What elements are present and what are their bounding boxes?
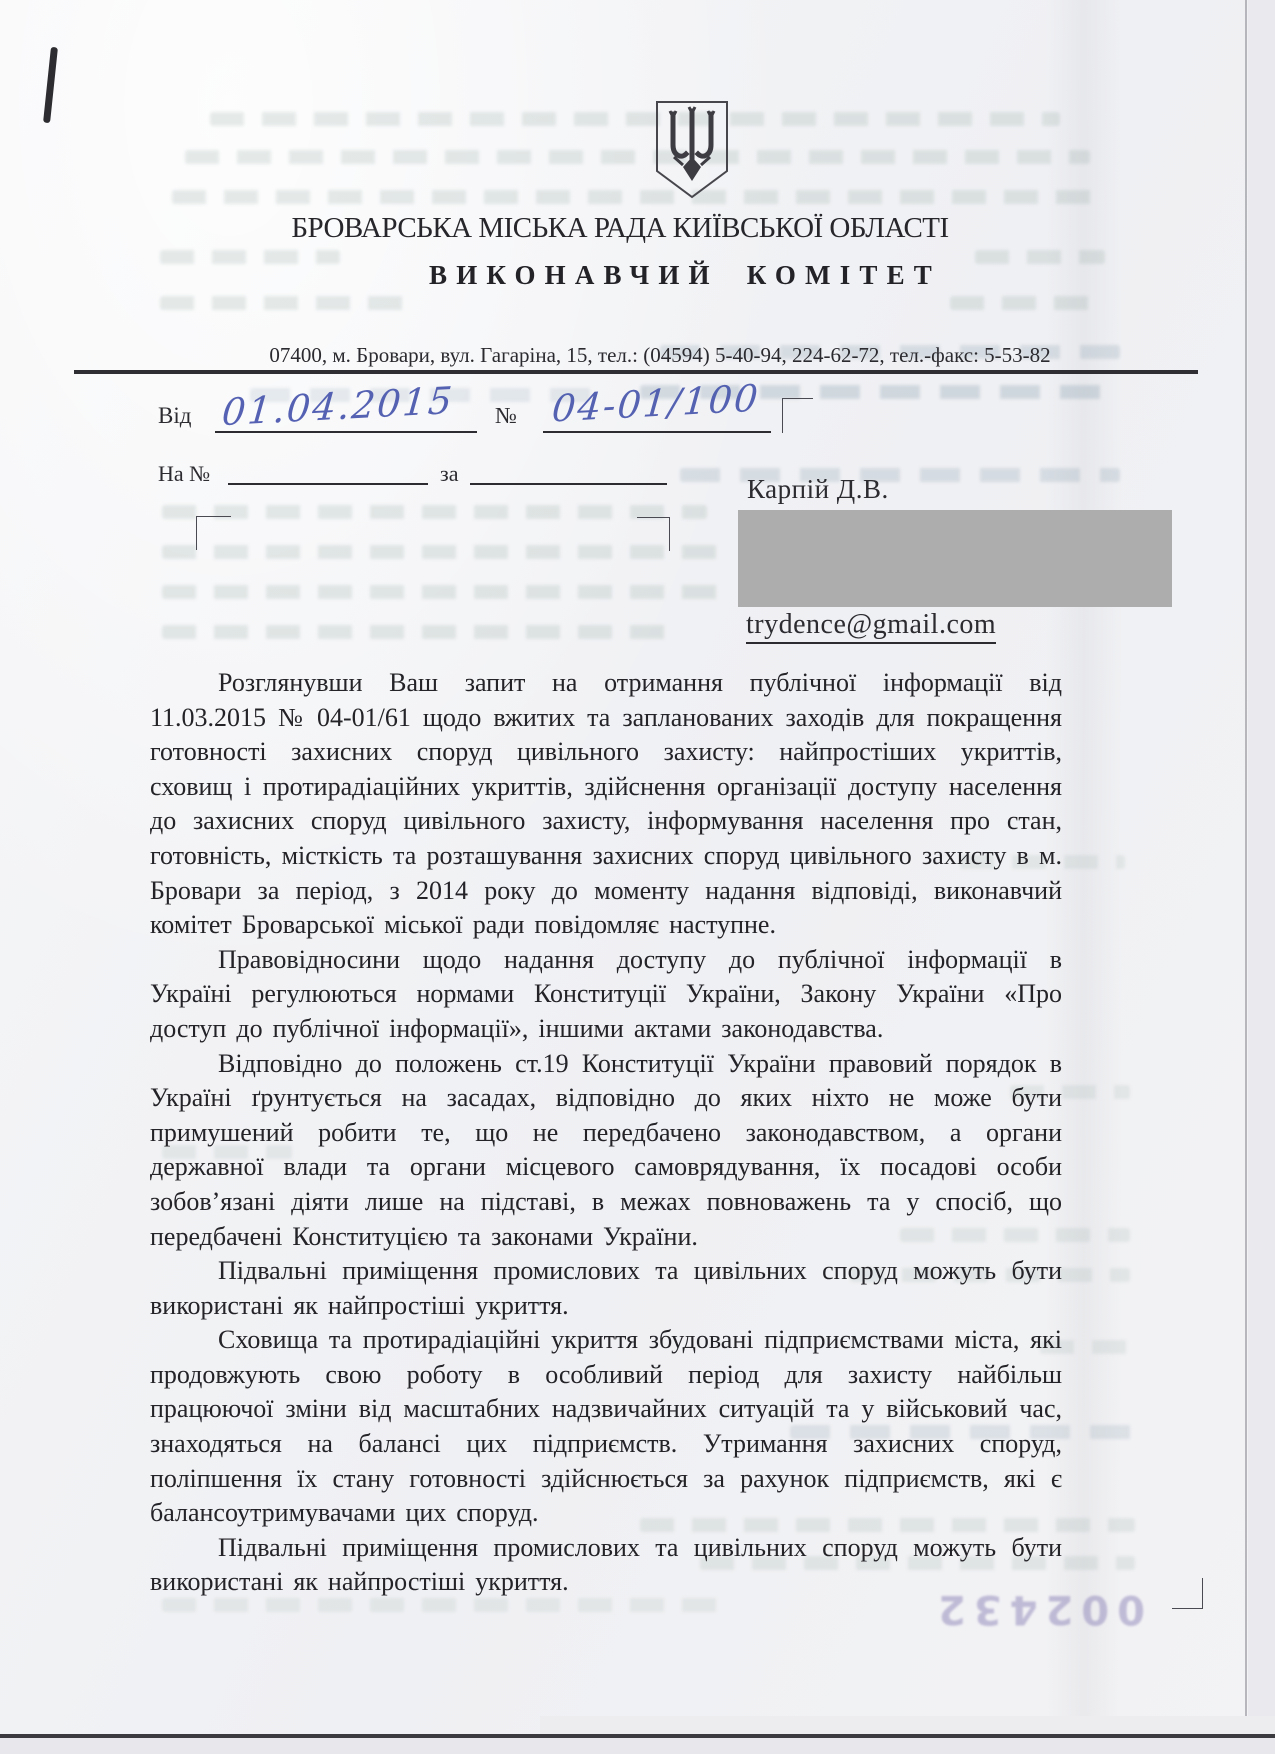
corner-mark-left bbox=[196, 516, 231, 550]
number-label: № bbox=[495, 403, 517, 429]
body-paragraph: Сховища та протирадіаційні укриття збудо… bbox=[150, 1323, 1062, 1531]
page-bottom-strip bbox=[0, 1738, 1275, 1754]
page-edge-line bbox=[1245, 0, 1247, 1716]
corner-mark-bottom bbox=[1172, 1578, 1203, 1609]
body-paragraph: Відповідно до положень ст.19 Конституції… bbox=[150, 1047, 1062, 1255]
body-paragraph: Правовідносини щодо надання доступу до п… bbox=[150, 943, 1062, 1047]
committee-name: ВИКОНАВЧИЙ КОМІТЕТ bbox=[0, 260, 1275, 291]
za-label: за bbox=[440, 461, 458, 487]
corner-mark-right bbox=[637, 517, 670, 551]
organization-name: БРОВАРСЬКА МІСЬКА РАДА КИЇВСЬКОЇ ОБЛАСТІ bbox=[0, 212, 1240, 245]
za-field-line bbox=[470, 483, 667, 485]
on-number-field-line bbox=[228, 483, 428, 485]
handwritten-number: 04-01/100 bbox=[550, 376, 761, 430]
page-edge-right bbox=[1248, 0, 1275, 1716]
scanned-letter-page: БРОВАРСЬКА МІСЬКА РАДА КИЇВСЬКОЇ ОБЛАСТІ… bbox=[0, 0, 1275, 1754]
corner-mark-top bbox=[782, 398, 813, 433]
body-paragraph: Підвальні приміщення промислових та циві… bbox=[150, 1254, 1062, 1323]
redaction-block bbox=[738, 510, 1172, 607]
from-label: Від bbox=[158, 403, 191, 429]
ukraine-trident-icon bbox=[650, 99, 734, 200]
header-rule bbox=[74, 370, 1198, 374]
addressee-email: trydence@gmail.com bbox=[746, 609, 996, 644]
on-number-label: На № bbox=[158, 461, 210, 487]
body-paragraph: Підвальні приміщення промислових та циві… bbox=[150, 1531, 1062, 1600]
addressee-name: Карпій Д.В. bbox=[747, 474, 889, 505]
staple-mark bbox=[43, 47, 58, 123]
number-field-line bbox=[543, 431, 771, 433]
page-bottom-shade bbox=[540, 1716, 1275, 1734]
letter-body: Розглянувши Ваш запит на отримання публі… bbox=[150, 666, 1062, 1600]
address-line: 07400, м. Бровари, вул. Гагаріна, 15, те… bbox=[0, 343, 1275, 368]
mirrored-stamp-number: 002432 bbox=[930, 1586, 1145, 1632]
body-paragraph: Розглянувши Ваш запит на отримання публі… bbox=[150, 666, 1062, 943]
